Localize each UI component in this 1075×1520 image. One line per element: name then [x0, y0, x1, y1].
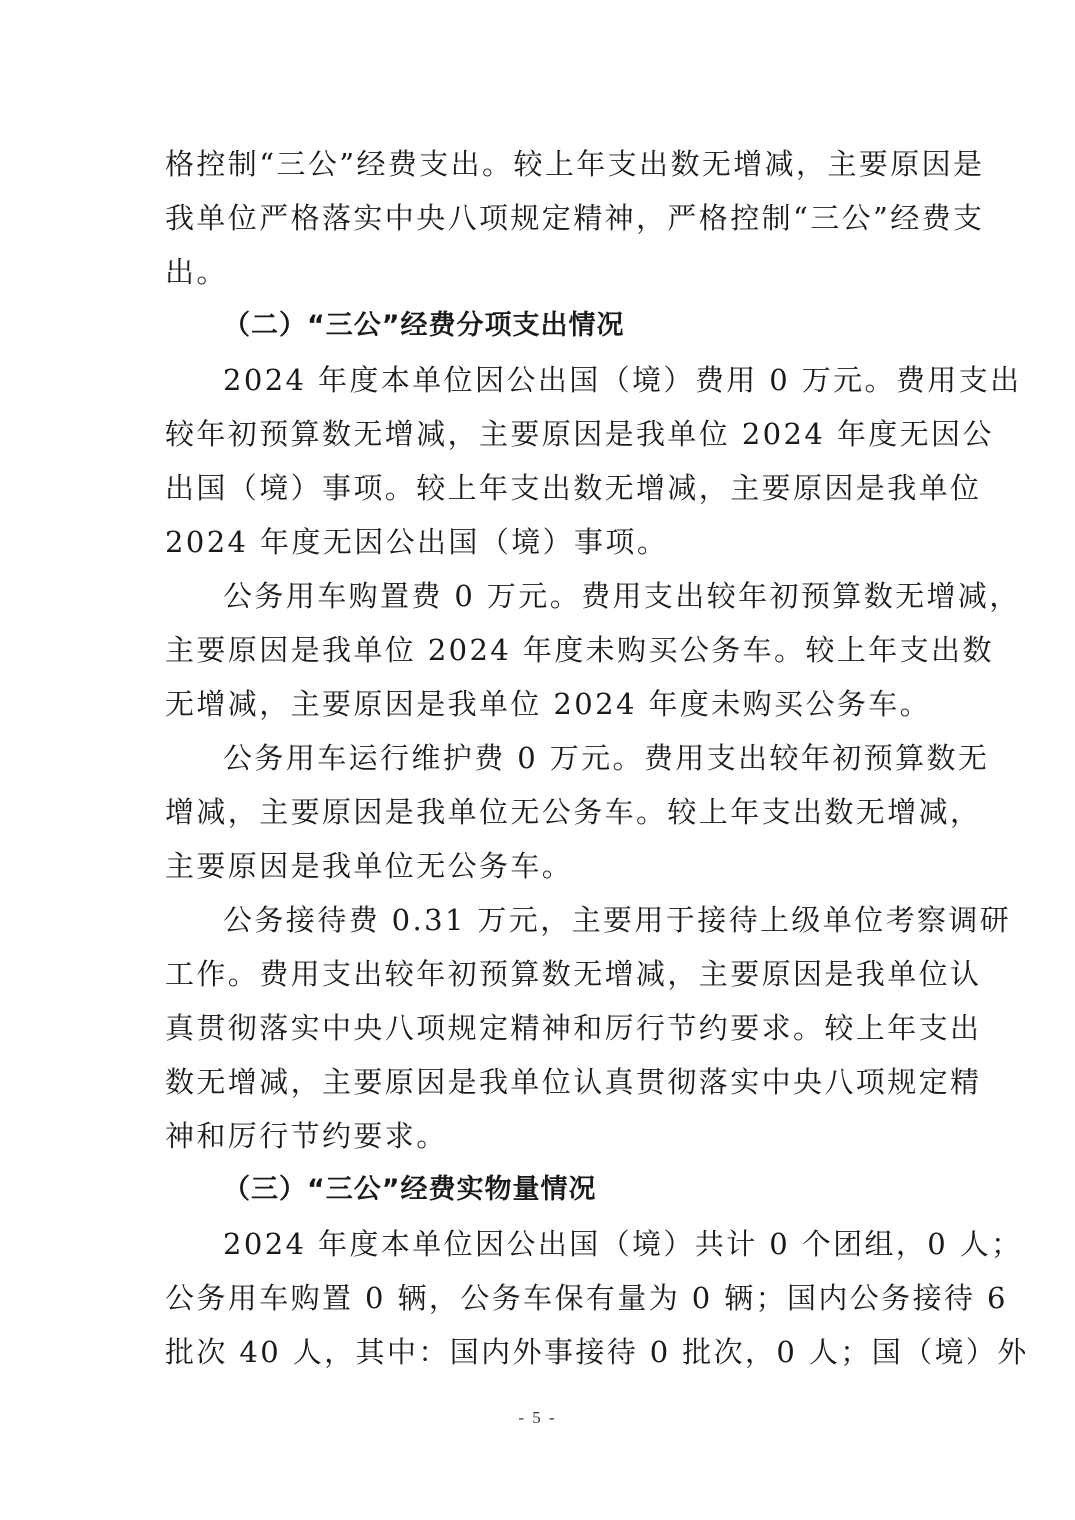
text-line: 出国（境）事项。较上年支出数无增减，主要原因是我单位 [165, 461, 913, 515]
text-line: 公务用车购置 0 辆，公务车保有量为 0 辆；国内公务接待 6 [165, 1271, 913, 1325]
page-number: - 5 - [0, 1408, 1075, 1428]
text-line: 出。 [165, 245, 913, 299]
text-line: 公务用车运行维护费 0 万元。费用支出较年初预算数无 [165, 731, 913, 785]
text-line: 2024 年度本单位因公出国（境）共计 0 个团组，0 人； [165, 1217, 913, 1271]
text-line: 增减，主要原因是我单位无公务车。较上年支出数无增减， [165, 785, 913, 839]
paragraph-physical-quantity: 2024 年度本单位因公出国（境）共计 0 个团组，0 人； 公务用车购置 0 … [165, 1217, 913, 1379]
document-page: 格控制“三公”经费支出。较上年支出数无增减，主要原因是 我单位严格落实中央八项规… [165, 137, 913, 1379]
paragraph-overseas-travel: 2024 年度本单位因公出国（境）费用 0 万元。费用支出 较年初预算数无增减，… [165, 353, 913, 569]
text-line: 批次 40 人，其中：国内外事接待 0 批次，0 人；国（境）外 [165, 1325, 913, 1379]
text-line: 公务接待费 0.31 万元，主要用于接待上级单位考察调研 [165, 893, 913, 947]
text-line: 较年初预算数无增减，主要原因是我单位 2024 年度无因公 [165, 407, 913, 461]
text-line: 真贯彻落实中央八项规定精神和厉行节约要求。较上年支出 [165, 1001, 913, 1055]
paragraph-vehicle-maintenance: 公务用车运行维护费 0 万元。费用支出较年初预算数无 增减，主要原因是我单位无公… [165, 731, 913, 893]
text-line: 神和厉行节约要求。 [165, 1109, 913, 1163]
text-line: 数无增减，主要原因是我单位认真贯彻落实中央八项规定精 [165, 1055, 913, 1109]
paragraph-continuation: 格控制“三公”经费支出。较上年支出数无增减，主要原因是 我单位严格落实中央八项规… [165, 137, 913, 299]
text-line: 公务用车购置费 0 万元。费用支出较年初预算数无增减， [165, 569, 913, 623]
text-line: 格控制“三公”经费支出。较上年支出数无增减，主要原因是 [165, 137, 913, 191]
text-line: 主要原因是我单位 2024 年度未购买公务车。较上年支出数 [165, 623, 913, 677]
paragraph-reception: 公务接待费 0.31 万元，主要用于接待上级单位考察调研 工作。费用支出较年初预… [165, 893, 913, 1163]
text-line: 我单位严格落实中央八项规定精神，严格控制“三公”经费支 [165, 191, 913, 245]
text-line: 工作。费用支出较年初预算数无增减，主要原因是我单位认 [165, 947, 913, 1001]
section-heading-2: （二）“三公”经费分项支出情况 [165, 299, 913, 353]
paragraph-vehicle-purchase: 公务用车购置费 0 万元。费用支出较年初预算数无增减， 主要原因是我单位 202… [165, 569, 913, 731]
text-line: 主要原因是我单位无公务车。 [165, 839, 913, 893]
text-line: 无增减，主要原因是我单位 2024 年度未购买公务车。 [165, 677, 913, 731]
text-line: 2024 年度无因公出国（境）事项。 [165, 515, 913, 569]
text-line: 2024 年度本单位因公出国（境）费用 0 万元。费用支出 [165, 353, 913, 407]
section-heading-3: （三）“三公”经费实物量情况 [165, 1163, 913, 1217]
